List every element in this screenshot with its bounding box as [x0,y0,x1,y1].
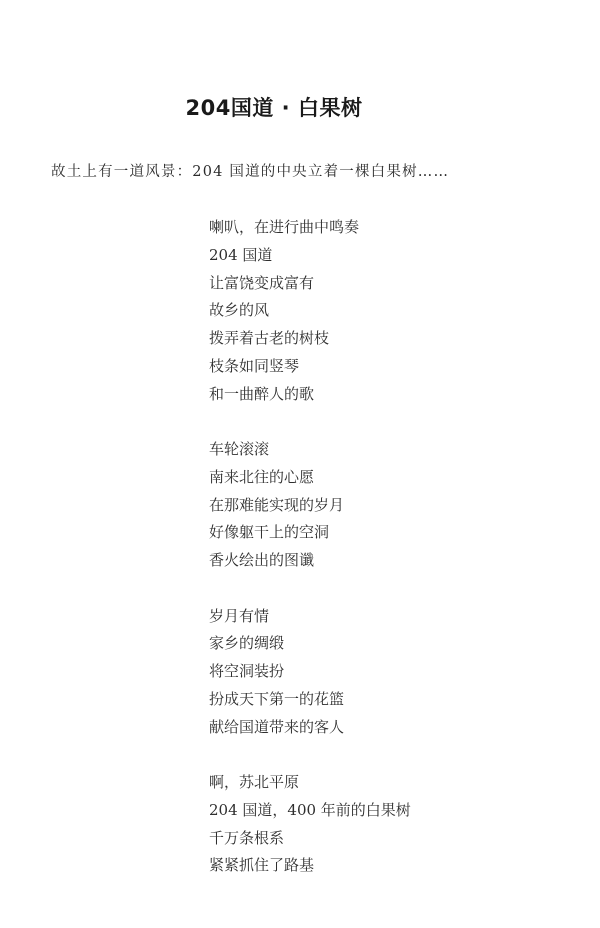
poem-line: 让富饶变成富有 [209,270,411,298]
poem-line: 岁月有情 [209,603,411,631]
poem-line: 和一曲醉人的歌 [209,381,411,409]
poem-title: 204国道 · 白果树 [0,92,548,122]
poem-line: 好像躯干上的空洞 [209,519,411,547]
poem-line: 千万条根系 [209,825,411,853]
poem-intro: 故土上有一道风景：204 国道的中央立着一棵白果树…… [51,160,449,181]
poem-body: 喇叭，在进行曲中鸣奏 204 国道 让富饶变成富有 故乡的风 拨弄着古老的树枝 … [209,214,411,908]
poem-line: 家乡的绸缎 [209,630,411,658]
poem-line: 香火绘出的图谶 [209,547,411,575]
poem-line: 扮成天下第一的花篮 [209,686,411,714]
poem-line: 喇叭，在进行曲中鸣奏 [209,214,411,242]
poem-line: 献给国道带来的客人 [209,714,411,742]
poem-line: 204 国道 [209,242,411,270]
stanza-1: 喇叭，在进行曲中鸣奏 204 国道 让富饶变成富有 故乡的风 拨弄着古老的树枝 … [209,214,411,409]
poem-line: 拨弄着古老的树枝 [209,325,411,353]
poem-line: 车轮滚滚 [209,436,411,464]
stanza-3: 岁月有情 家乡的绸缎 将空洞装扮 扮成天下第一的花篮 献给国道带来的客人 [209,603,411,742]
poem-line: 南来北往的心愿 [209,464,411,492]
poem-line: 将空洞装扮 [209,658,411,686]
stanza-4: 啊，苏北平原 204 国道，400 年前的白果树 千万条根系 紧紧抓住了路基 [209,769,411,880]
poem-line: 紧紧抓住了路基 [209,852,411,880]
stanza-2: 车轮滚滚 南来北往的心愿 在那难能实现的岁月 好像躯干上的空洞 香火绘出的图谶 [209,436,411,575]
poem-line: 故乡的风 [209,297,411,325]
poem-line: 204 国道，400 年前的白果树 [209,797,411,825]
poem-line: 在那难能实现的岁月 [209,492,411,520]
poem-line: 枝条如同竖琴 [209,353,411,381]
poem-line: 啊，苏北平原 [209,769,411,797]
